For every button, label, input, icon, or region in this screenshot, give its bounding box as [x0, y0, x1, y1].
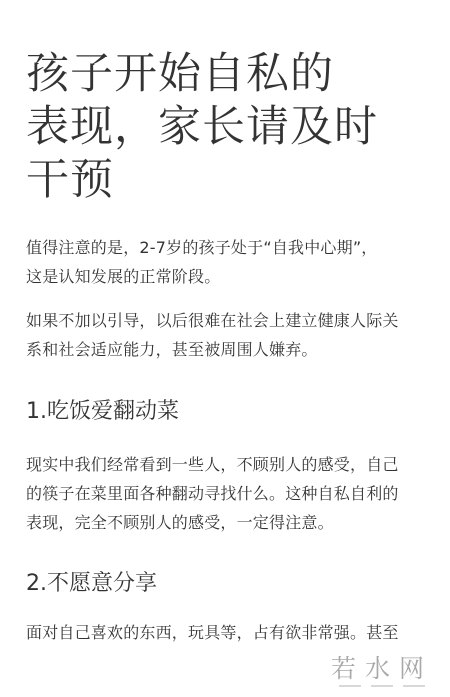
text-line: 表现，完全不顾别人的感受，一定得注意。 — [26, 508, 426, 537]
text-line: 这是认知发展的正常阶段。 — [26, 262, 426, 291]
title-line: 干预 — [26, 154, 366, 207]
section-1-paragraph: 现实中我们经常看到一些人，不顾别人的感受，自己 的筷子在菜里面各种翻动寻找什么。… — [26, 450, 426, 537]
watermark-text: 若水网 — [322, 655, 442, 683]
section-heading-2: 2.不愿意分享 — [26, 569, 157, 599]
text-line: 系和社会适应能力，甚至被周围人嫌弃。 — [26, 335, 426, 364]
text-line: 值得注意的是，2-7岁的孩子处于“自我中心期”， — [26, 233, 426, 262]
text-line: 的筷子在菜里面各种翻动寻找什么。这种自私自利的 — [26, 479, 426, 508]
section-heading-1: 1.吃饭爱翻动菜 — [26, 397, 179, 427]
title-line: 孩子开始自私的 — [26, 48, 366, 101]
paragraph-intro: 值得注意的是，2-7岁的孩子处于“自我中心期”， 这是认知发展的正常阶段。 — [26, 233, 426, 291]
text-line: 如果不加以引导，以后很难在社会上建立健康人际关 — [26, 306, 426, 335]
title-line: 表现，家长请及时 — [26, 101, 366, 154]
paragraph-warning: 如果不加以引导，以后很难在社会上建立健康人际关 系和社会适应能力，甚至被周围人嫌… — [26, 306, 426, 364]
text-line: 现实中我们经常看到一些人，不顾别人的感受，自己 — [26, 450, 426, 479]
article-title: 孩子开始自私的 表现，家长请及时 干预 — [26, 48, 366, 207]
section-2-paragraph: 面对自己喜欢的东西，玩具等，占有欲非常强。甚至 — [26, 618, 426, 647]
watermark-subtext-icon — [322, 685, 442, 687]
text-line: 面对自己喜欢的东西，玩具等，占有欲非常强。甚至 — [26, 618, 426, 647]
watermark: 若水网 — [322, 655, 442, 695]
